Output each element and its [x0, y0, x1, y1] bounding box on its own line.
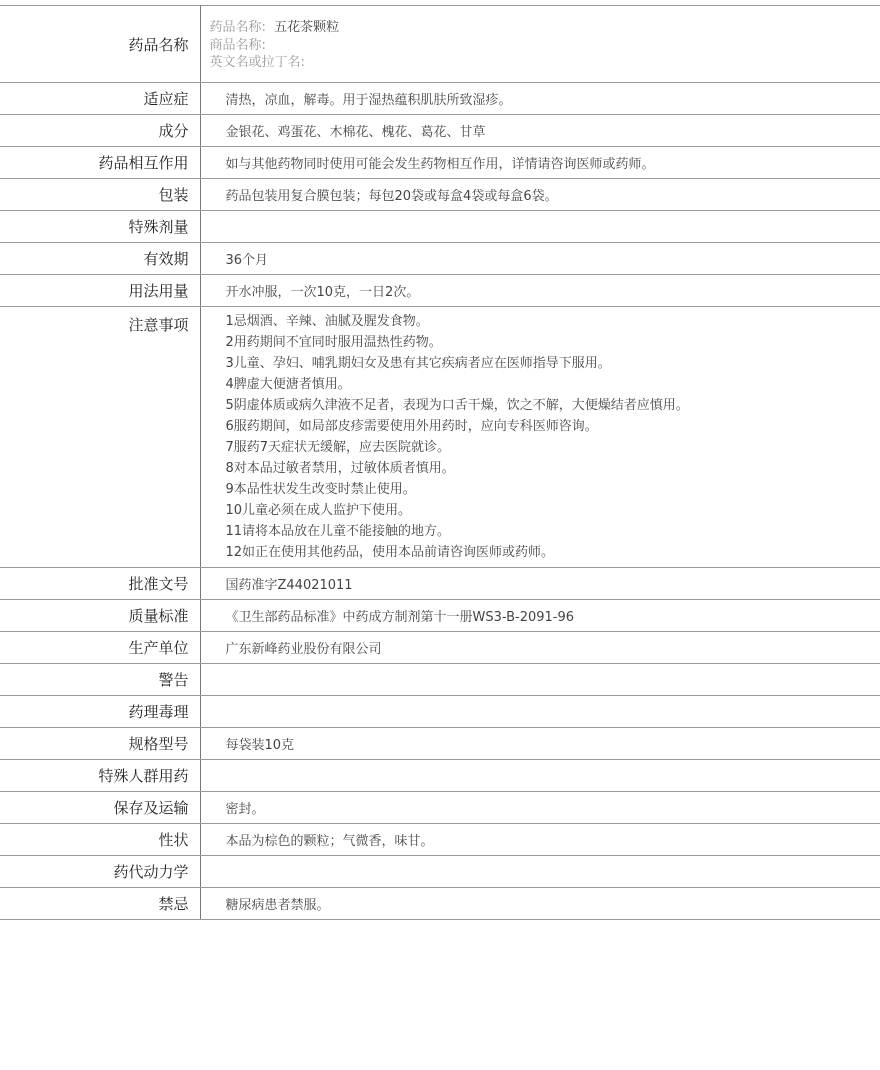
precaution-item: 9本品性状发生改变时禁止使用。	[226, 479, 880, 500]
latin-name-key: 英文名或拉丁名:	[210, 55, 305, 70]
label-toxicology: 药理毒理	[0, 696, 200, 728]
row-interaction: 药品相互作用 如与其他药物同时使用可能会发生药物相互作用，详情请咨询医师或药师。	[0, 147, 880, 179]
label-ingredients: 成分	[0, 115, 200, 147]
precaution-item: 2用药期间不宜同时服用温热性药物。	[226, 332, 880, 353]
value-ingredients: 金银花、鸡蛋花、木棉花、槐花、葛花、甘草	[200, 115, 880, 147]
value-pharmacokinetics	[200, 856, 880, 888]
label-special-dosage: 特殊剂量	[0, 211, 200, 243]
value-approval: 国药准字Z44021011	[200, 568, 880, 600]
row-contraindication: 禁忌 糖尿病患者禁服。	[0, 888, 880, 920]
value-toxicology	[200, 696, 880, 728]
row-ingredients: 成分 金银花、鸡蛋花、木棉花、槐花、葛花、甘草	[0, 115, 880, 147]
generic-name-key: 药品名称:	[210, 20, 266, 35]
row-manufacturer: 生产单位 广东新峰药业股份有限公司	[0, 632, 880, 664]
value-special-dosage	[200, 211, 880, 243]
label-interaction: 药品相互作用	[0, 147, 200, 179]
value-manufacturer: 广东新峰药业股份有限公司	[200, 632, 880, 664]
label-drug-name: 药品名称	[0, 6, 200, 83]
label-special-groups: 特殊人群用药	[0, 760, 200, 792]
label-contraindication: 禁忌	[0, 888, 200, 920]
row-toxicology: 药理毒理	[0, 696, 880, 728]
row-usage: 用法用量 开水冲服，一次10克，一日2次。	[0, 275, 880, 307]
row-appearance: 性状 本品为棕色的颗粒；气微香，味甘。	[0, 824, 880, 856]
label-precautions: 注意事项	[0, 307, 200, 568]
precaution-item: 11请将本品放在儿童不能接触的地方。	[226, 521, 880, 542]
label-package: 包装	[0, 179, 200, 211]
value-contraindication: 糖尿病患者禁服。	[200, 888, 880, 920]
label-appearance: 性状	[0, 824, 200, 856]
row-special-groups: 特殊人群用药	[0, 760, 880, 792]
row-package: 包装 药品包装用复合膜包装；每包20袋或每盒4袋或每盒6袋。	[0, 179, 880, 211]
label-standard: 质量标准	[0, 600, 200, 632]
precaution-item: 4脾虚大便溏者慎用。	[226, 374, 880, 395]
precaution-item: 3儿童、孕妇、哺乳期妇女及患有其它疾病者应在医师指导下服用。	[226, 353, 880, 374]
row-drug-name: 药品名称 药品名称: 五花茶颗粒 商品名称: 英文名或拉丁名:	[0, 6, 880, 83]
value-indication: 清热，凉血，解毒。用于湿热蕴积肌肤所致湿疹。	[200, 83, 880, 115]
value-drug-name: 药品名称: 五花茶颗粒 商品名称: 英文名或拉丁名:	[200, 6, 880, 83]
value-shelf-life: 36个月	[200, 243, 880, 275]
generic-name-value: 五花茶颗粒	[274, 20, 339, 35]
label-usage: 用法用量	[0, 275, 200, 307]
value-warning	[200, 664, 880, 696]
value-standard: 《卫生部药品标准》中药成方制剂第十一册WS3-B-2091-96	[200, 600, 880, 632]
row-spec: 规格型号 每袋装10克	[0, 728, 880, 760]
precaution-item: 10儿童必须在成人监护下使用。	[226, 500, 880, 521]
value-spec: 每袋装10克	[200, 728, 880, 760]
row-storage: 保存及运输 密封。	[0, 792, 880, 824]
row-shelf-life: 有效期 36个月	[0, 243, 880, 275]
row-precautions: 注意事项 1忌烟酒、辛辣、油腻及腥发食物。 2用药期间不宜同时服用温热性药物。 …	[0, 307, 880, 568]
precaution-item: 7服药7天症状无缓解，应去医院就诊。	[226, 437, 880, 458]
row-warning: 警告	[0, 664, 880, 696]
precaution-item: 6服药期间，如局部皮疹需要使用外用药时，应向专科医师咨询。	[226, 416, 880, 437]
value-appearance: 本品为棕色的颗粒；气微香，味甘。	[200, 824, 880, 856]
value-interaction: 如与其他药物同时使用可能会发生药物相互作用，详情请咨询医师或药师。	[200, 147, 880, 179]
row-standard: 质量标准 《卫生部药品标准》中药成方制剂第十一册WS3-B-2091-96	[0, 600, 880, 632]
value-package: 药品包装用复合膜包装；每包20袋或每盒4袋或每盒6袋。	[200, 179, 880, 211]
value-precautions: 1忌烟酒、辛辣、油腻及腥发食物。 2用药期间不宜同时服用温热性药物。 3儿童、孕…	[200, 307, 880, 568]
precaution-item: 8对本品过敏者禁用，过敏体质者慎用。	[226, 458, 880, 479]
precaution-item: 12如正在使用其他药品，使用本品前请咨询医师或药师。	[226, 542, 880, 563]
label-storage: 保存及运输	[0, 792, 200, 824]
precaution-item: 5阴虚体质或病久津液不足者，表现为口舌干燥，饮之不解，大便燥结者应慎用。	[226, 395, 880, 416]
label-warning: 警告	[0, 664, 200, 696]
value-special-groups	[200, 760, 880, 792]
label-shelf-life: 有效期	[0, 243, 200, 275]
precaution-item: 1忌烟酒、辛辣、油腻及腥发食物。	[226, 311, 880, 332]
drug-info-table: 药品名称 药品名称: 五花茶颗粒 商品名称: 英文名或拉丁名: 适应症 清热，凉…	[0, 5, 880, 920]
row-pharmacokinetics: 药代动力学	[0, 856, 880, 888]
row-indication: 适应症 清热，凉血，解毒。用于湿热蕴积肌肤所致湿疹。	[0, 83, 880, 115]
label-approval: 批准文号	[0, 568, 200, 600]
row-approval: 批准文号 国药准字Z44021011	[0, 568, 880, 600]
label-spec: 规格型号	[0, 728, 200, 760]
trade-name-key: 商品名称:	[210, 38, 266, 53]
value-storage: 密封。	[200, 792, 880, 824]
row-special-dosage: 特殊剂量	[0, 211, 880, 243]
label-indication: 适应症	[0, 83, 200, 115]
label-pharmacokinetics: 药代动力学	[0, 856, 200, 888]
value-usage: 开水冲服，一次10克，一日2次。	[200, 275, 880, 307]
label-manufacturer: 生产单位	[0, 632, 200, 664]
